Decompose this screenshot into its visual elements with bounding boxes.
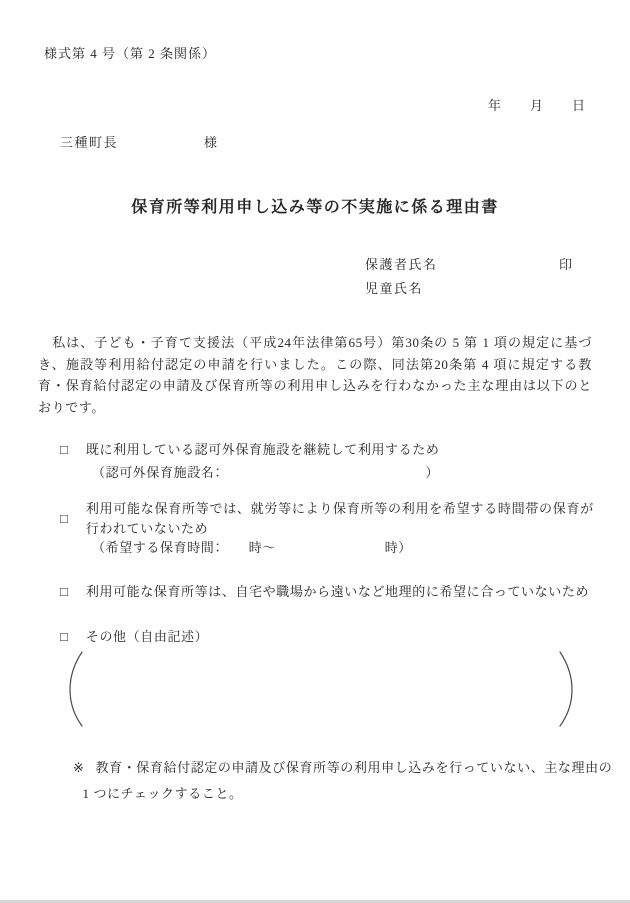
checkbox-2[interactable]: □: [60, 512, 68, 525]
child-name-field[interactable]: [428, 283, 540, 297]
body-paragraph: 私は、子ども・子育て支援法（平成24年法律第65号）第30条の 5 第 1 項の…: [38, 332, 592, 418]
addressee-honorific: 様: [204, 132, 219, 151]
checkbox-3[interactable]: □: [60, 585, 68, 598]
child-name-label: 児童氏名: [365, 281, 423, 296]
reason-2-label: 利用可能な保育所等では、就労等により保育所等の利用を希望する時間帯の保育が行われ…: [86, 499, 594, 538]
reason-1-label: 既に利用している認可外保育施設を継続して利用するため: [86, 440, 440, 460]
reason-3-label: 利用可能な保育所等は、自宅や職場から遠いなど地理的に希望に合っていないため: [86, 582, 589, 602]
free-text-value[interactable]: [90, 656, 552, 720]
free-text-area[interactable]: [60, 648, 582, 730]
reason-item-4: □ その他（自由記述）: [60, 627, 208, 647]
document-title: 保育所等利用申し込み等の不実施に係る理由書: [0, 194, 630, 217]
document-page: 様式第 4 号（第 2 条関係） 年 月 日 三種町長 様 保育所等利用申し込み…: [0, 0, 630, 903]
reason-4-label: その他（自由記述）: [86, 627, 208, 647]
guardian-name-label: 保護者氏名: [365, 257, 438, 272]
footnote-text: 教育・保育給付認定の申請及び保育所等の利用申し込みを行っていない、主な理由の 1…: [96, 755, 613, 806]
seal-label: 印: [559, 257, 574, 272]
footnote-line-1: 教育・保育給付認定の申請及び保育所等の利用申し込みを行っていない、主な理由の: [96, 755, 613, 781]
guardian-name-field[interactable]: [442, 259, 554, 273]
guardian-name-row: 保護者氏名 印: [365, 254, 574, 278]
footnote-line-2: 1 つにチェックすること。: [83, 781, 613, 807]
checkbox-4[interactable]: □: [60, 630, 68, 643]
reason-item-2: □ 利用可能な保育所等では、就労等により保育所等の利用を希望する時間帯の保育が行…: [60, 499, 594, 538]
date-line: 年 月 日: [488, 95, 586, 114]
reason-item-1: □ 既に利用している認可外保育施設を継続して利用するため: [60, 440, 439, 460]
reason-1-facility-name-line[interactable]: （認可外保育施設名： ）: [92, 462, 439, 481]
checkbox-1[interactable]: □: [60, 443, 68, 456]
reason-2-hours-line[interactable]: （希望する保育時間： 時～ 時）: [92, 537, 412, 556]
form-number: 様式第 4 号（第 2 条関係）: [44, 43, 216, 62]
reason-item-3: □ 利用可能な保育所等は、自宅や職場から遠いなど地理的に希望に合っていないため: [60, 582, 589, 602]
addressee-name: 三種町長: [60, 132, 118, 151]
signature-block: 保護者氏名 印 児童氏名: [365, 254, 574, 302]
addressee-line: 三種町長 様: [60, 132, 219, 151]
footnote: ※ 教育・保育給付認定の申請及び保育所等の利用申し込みを行っていない、主な理由の…: [73, 755, 612, 806]
child-name-row: 児童氏名: [365, 278, 574, 302]
